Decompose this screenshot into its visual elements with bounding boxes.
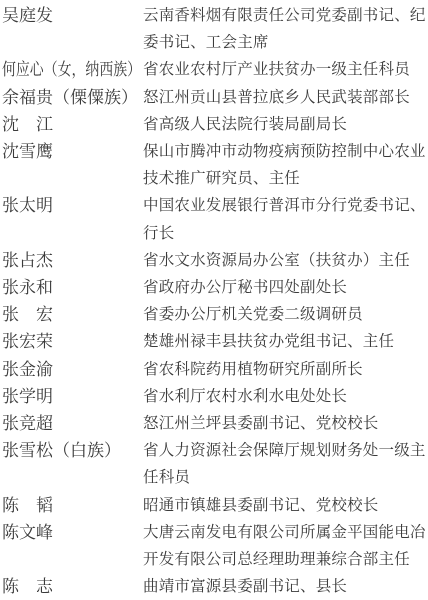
list-item: 张宏荣楚雄州禄丰县扶贫办党组书记、主任 bbox=[2, 328, 428, 355]
person-name-text: 张太明 bbox=[2, 192, 53, 219]
document-page: 吴庭发云南香料烟有限责任公司党委副书记、纪委书记、工会主席何应心（女，纳西族）省… bbox=[0, 0, 428, 600]
person-name: 张雪松（白族） bbox=[2, 437, 143, 464]
person-name-text: 余福贵（傈僳族） bbox=[2, 84, 138, 111]
position-line: 省水利厅农村水利水电处处长 bbox=[143, 383, 428, 410]
person-name-text: 张金渝 bbox=[2, 356, 53, 383]
position-line: 昭通市镇雄县委副书记、党校校长 bbox=[143, 492, 428, 519]
position-line: 保山市腾冲市动物疫病预防控制中心农业 bbox=[143, 138, 428, 165]
person-name-text: 张雪松（白族） bbox=[2, 437, 121, 464]
person-name-text: 张占杰 bbox=[2, 247, 53, 274]
person-name: 陈文峰 bbox=[2, 519, 143, 546]
list-item: 张永和省政府办公厅秘书四处副处长 bbox=[2, 274, 428, 301]
position-line: 省水文水资源局办公室（扶贫办）主任 bbox=[143, 247, 428, 274]
person-name: 沈雪鹰 bbox=[2, 138, 143, 165]
person-name-text: 吴庭发 bbox=[2, 2, 53, 29]
list-item: 余福贵（傈僳族）怒江州贡山县普拉底乡人民武装部部长 bbox=[2, 84, 428, 111]
position-line: 行长 bbox=[143, 220, 428, 247]
person-position: 省水文水资源局办公室（扶贫办）主任 bbox=[143, 247, 428, 274]
position-line: 委书记、工会主席 bbox=[143, 29, 428, 56]
person-position: 省人力资源社会保障厅规划财务处一级主任科员 bbox=[143, 437, 428, 491]
award-list: 吴庭发云南香料烟有限责任公司党委副书记、纪委书记、工会主席何应心（女，纳西族）省… bbox=[2, 2, 428, 600]
position-line: 省农科院药用植物研究所副所长 bbox=[143, 356, 428, 383]
list-item: 张金渝省农科院药用植物研究所副所长 bbox=[2, 356, 428, 383]
person-name: 张学明 bbox=[2, 383, 143, 410]
list-item: 张学明省水利厅农村水利水电处处长 bbox=[2, 383, 428, 410]
person-name: 陈 志 bbox=[2, 573, 143, 600]
position-line: 省委办公厅机关党委二级调研员 bbox=[143, 301, 428, 328]
list-item: 陈 韬昭通市镇雄县委副书记、党校校长 bbox=[2, 492, 428, 519]
person-name: 吴庭发 bbox=[2, 2, 143, 29]
list-item: 张雪松（白族）省人力资源社会保障厅规划财务处一级主任科员 bbox=[2, 437, 428, 491]
position-line: 云南香料烟有限责任公司党委副书记、纪 bbox=[143, 2, 428, 29]
person-name: 张金渝 bbox=[2, 356, 143, 383]
position-line: 楚雄州禄丰县扶贫办党组书记、主任 bbox=[143, 328, 428, 355]
person-name: 沈 江 bbox=[2, 111, 143, 138]
list-item: 张太明中国农业发展银行普洱市分行党委书记、行长 bbox=[2, 192, 428, 246]
position-line: 中国农业发展银行普洱市分行党委书记、 bbox=[143, 192, 428, 219]
person-name-text: 何应心（女，纳西族） bbox=[2, 56, 141, 83]
person-name-text: 陈文峰 bbox=[2, 519, 53, 546]
position-line: 省农业农村厅产业扶贫办一级主任科员 bbox=[143, 56, 428, 83]
position-line: 技术推广研究员、主任 bbox=[143, 165, 428, 192]
position-line: 开发有限公司总经理助理兼综合部主任 bbox=[143, 546, 428, 573]
person-position: 中国农业发展银行普洱市分行党委书记、行长 bbox=[143, 192, 428, 246]
list-item: 沈 江省高级人民法院行装局副局长 bbox=[2, 111, 428, 138]
person-name-text: 沈 江 bbox=[2, 111, 53, 138]
list-item: 陈文峰大唐云南发电有限公司所属金平国能电冶开发有限公司总经理助理兼综合部主任 bbox=[2, 519, 428, 573]
person-position: 云南香料烟有限责任公司党委副书记、纪委书记、工会主席 bbox=[143, 2, 428, 56]
person-position: 省政府办公厅秘书四处副处长 bbox=[143, 274, 428, 301]
position-line: 怒江州贡山县普拉底乡人民武装部部长 bbox=[143, 84, 428, 111]
person-name: 张竞超 bbox=[2, 410, 143, 437]
person-name: 张太明 bbox=[2, 192, 143, 219]
person-name: 张宏荣 bbox=[2, 328, 143, 355]
person-position: 昭通市镇雄县委副书记、党校校长 bbox=[143, 492, 428, 519]
person-name: 张占杰 bbox=[2, 247, 143, 274]
person-position: 省水利厅农村水利水电处处长 bbox=[143, 383, 428, 410]
person-position: 怒江州贡山县普拉底乡人民武装部部长 bbox=[143, 84, 428, 111]
list-item: 陈 志曲靖市富源县委副书记、县长 bbox=[2, 573, 428, 600]
list-item: 张 宏省委办公厅机关党委二级调研员 bbox=[2, 301, 428, 328]
person-position: 怒江州兰坪县委副书记、党校校长 bbox=[143, 410, 428, 437]
person-position: 保山市腾冲市动物疫病预防控制中心农业技术推广研究员、主任 bbox=[143, 138, 428, 192]
position-line: 怒江州兰坪县委副书记、党校校长 bbox=[143, 410, 428, 437]
list-item: 张占杰省水文水资源局办公室（扶贫办）主任 bbox=[2, 247, 428, 274]
person-name: 何应心（女，纳西族） bbox=[2, 56, 143, 83]
person-name-text: 张永和 bbox=[2, 274, 53, 301]
person-position: 曲靖市富源县委副书记、县长 bbox=[143, 573, 428, 600]
person-name-text: 张竞超 bbox=[2, 410, 53, 437]
position-line: 省人力资源社会保障厅规划财务处一级主 bbox=[143, 437, 428, 464]
person-name-text: 张宏荣 bbox=[2, 328, 53, 355]
list-item: 张竞超怒江州兰坪县委副书记、党校校长 bbox=[2, 410, 428, 437]
list-item: 沈雪鹰保山市腾冲市动物疫病预防控制中心农业技术推广研究员、主任 bbox=[2, 138, 428, 192]
person-name: 余福贵（傈僳族） bbox=[2, 84, 143, 111]
person-position: 楚雄州禄丰县扶贫办党组书记、主任 bbox=[143, 328, 428, 355]
person-name-text: 张学明 bbox=[2, 383, 53, 410]
person-name-text: 陈 韬 bbox=[2, 492, 53, 519]
person-name: 张永和 bbox=[2, 274, 143, 301]
position-line: 任科员 bbox=[143, 464, 428, 491]
person-position: 省农业农村厅产业扶贫办一级主任科员 bbox=[143, 56, 428, 83]
position-line: 省高级人民法院行装局副局长 bbox=[143, 111, 428, 138]
list-item: 何应心（女，纳西族）省农业农村厅产业扶贫办一级主任科员 bbox=[2, 56, 428, 83]
person-name-text: 陈 志 bbox=[2, 573, 53, 600]
position-line: 曲靖市富源县委副书记、县长 bbox=[143, 573, 428, 600]
person-name: 陈 韬 bbox=[2, 492, 143, 519]
person-position: 省委办公厅机关党委二级调研员 bbox=[143, 301, 428, 328]
position-line: 省政府办公厅秘书四处副处长 bbox=[143, 274, 428, 301]
person-name-text: 沈雪鹰 bbox=[2, 138, 53, 165]
person-position: 省高级人民法院行装局副局长 bbox=[143, 111, 428, 138]
position-line: 大唐云南发电有限公司所属金平国能电冶 bbox=[143, 519, 428, 546]
person-name-text: 张 宏 bbox=[2, 301, 53, 328]
person-position: 大唐云南发电有限公司所属金平国能电冶开发有限公司总经理助理兼综合部主任 bbox=[143, 519, 428, 573]
person-position: 省农科院药用植物研究所副所长 bbox=[143, 356, 428, 383]
person-name: 张 宏 bbox=[2, 301, 143, 328]
list-item: 吴庭发云南香料烟有限责任公司党委副书记、纪委书记、工会主席 bbox=[2, 2, 428, 56]
